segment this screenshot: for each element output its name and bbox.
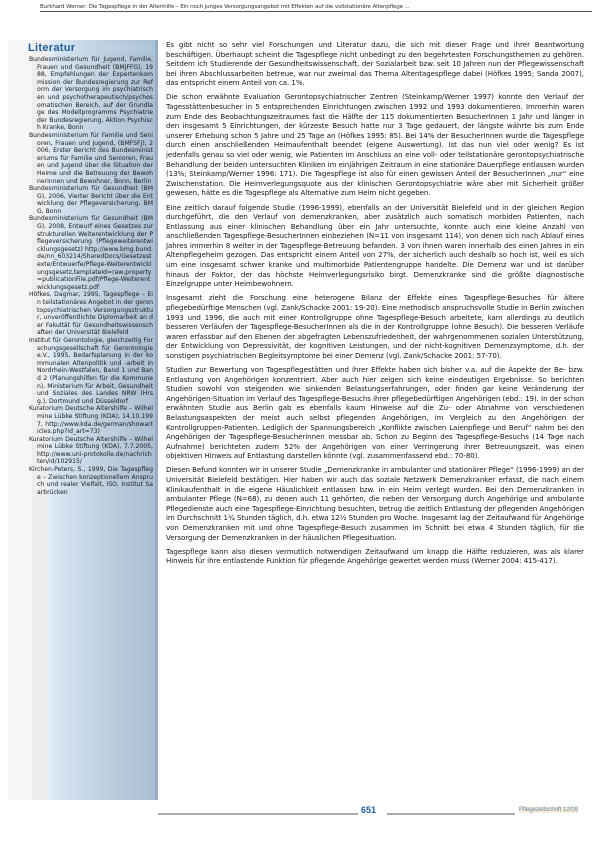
footer-rule-left [158, 813, 358, 815]
references-sidebar: Literatur Bundesministerium für Jugend, … [8, 40, 158, 800]
reference-item: Höfkes, Dagmar, 1995, Tagespflege – Ein … [29, 291, 153, 337]
body-paragraph: Es gibt nicht so sehr viel Forschungen u… [166, 40, 584, 88]
reference-item: Bundesministerium für Jugend, Familie, F… [29, 56, 153, 132]
reference-item: Kuratorium Deutsche Altershilfe – Wilhel… [29, 405, 153, 435]
journal-name: Pflegezeitschrift 12/09 [519, 807, 578, 813]
reference-item: Kuratorium Deutsche Altershilfe – Wilhel… [29, 436, 153, 466]
body-paragraph: Tagespflege kann also diesen vermutlich … [166, 547, 584, 566]
body-paragraph: Eine zeitlich darauf folgende Studie (19… [166, 203, 584, 289]
body-paragraph: Diesen Befund konnten wir in unserer Stu… [166, 465, 584, 542]
body-paragraph: Insgesamt zieht die Forschung eine heter… [166, 293, 584, 360]
body-paragraph: Die schon erwähnte Evaluation Gerontopsy… [166, 92, 584, 198]
reference-list: Bundesministerium für Jugend, Familie, F… [29, 56, 153, 496]
reference-item: Kirchen-Peters, S., 1999, Die Tagespfleg… [29, 466, 153, 496]
page-number: 651 [361, 805, 376, 815]
heading-decoration-bar [78, 44, 156, 53]
running-header: Burkhard Werner: Die Tagespflege in der … [40, 4, 592, 12]
reference-item: Bundesministerium für Gesundheit (BMG), … [29, 215, 153, 291]
reference-item: Institut für Gerontologie, gleichzeitig … [29, 337, 153, 405]
footer-rule-right [387, 813, 515, 815]
references-heading: Literatur [28, 42, 75, 54]
body-paragraph: Studien zur Bewertung von Tagespflegestä… [166, 365, 584, 461]
reference-item: Bundesministerium für Familie und Senior… [29, 132, 153, 185]
journal-label: Pflegezeitschrift 12/09 [519, 807, 578, 813]
reference-item: Bundesministerium für Gesundheit (BMG), … [29, 185, 153, 215]
article-body: Es gibt nicht so sehr viel Forschungen u… [166, 40, 584, 570]
